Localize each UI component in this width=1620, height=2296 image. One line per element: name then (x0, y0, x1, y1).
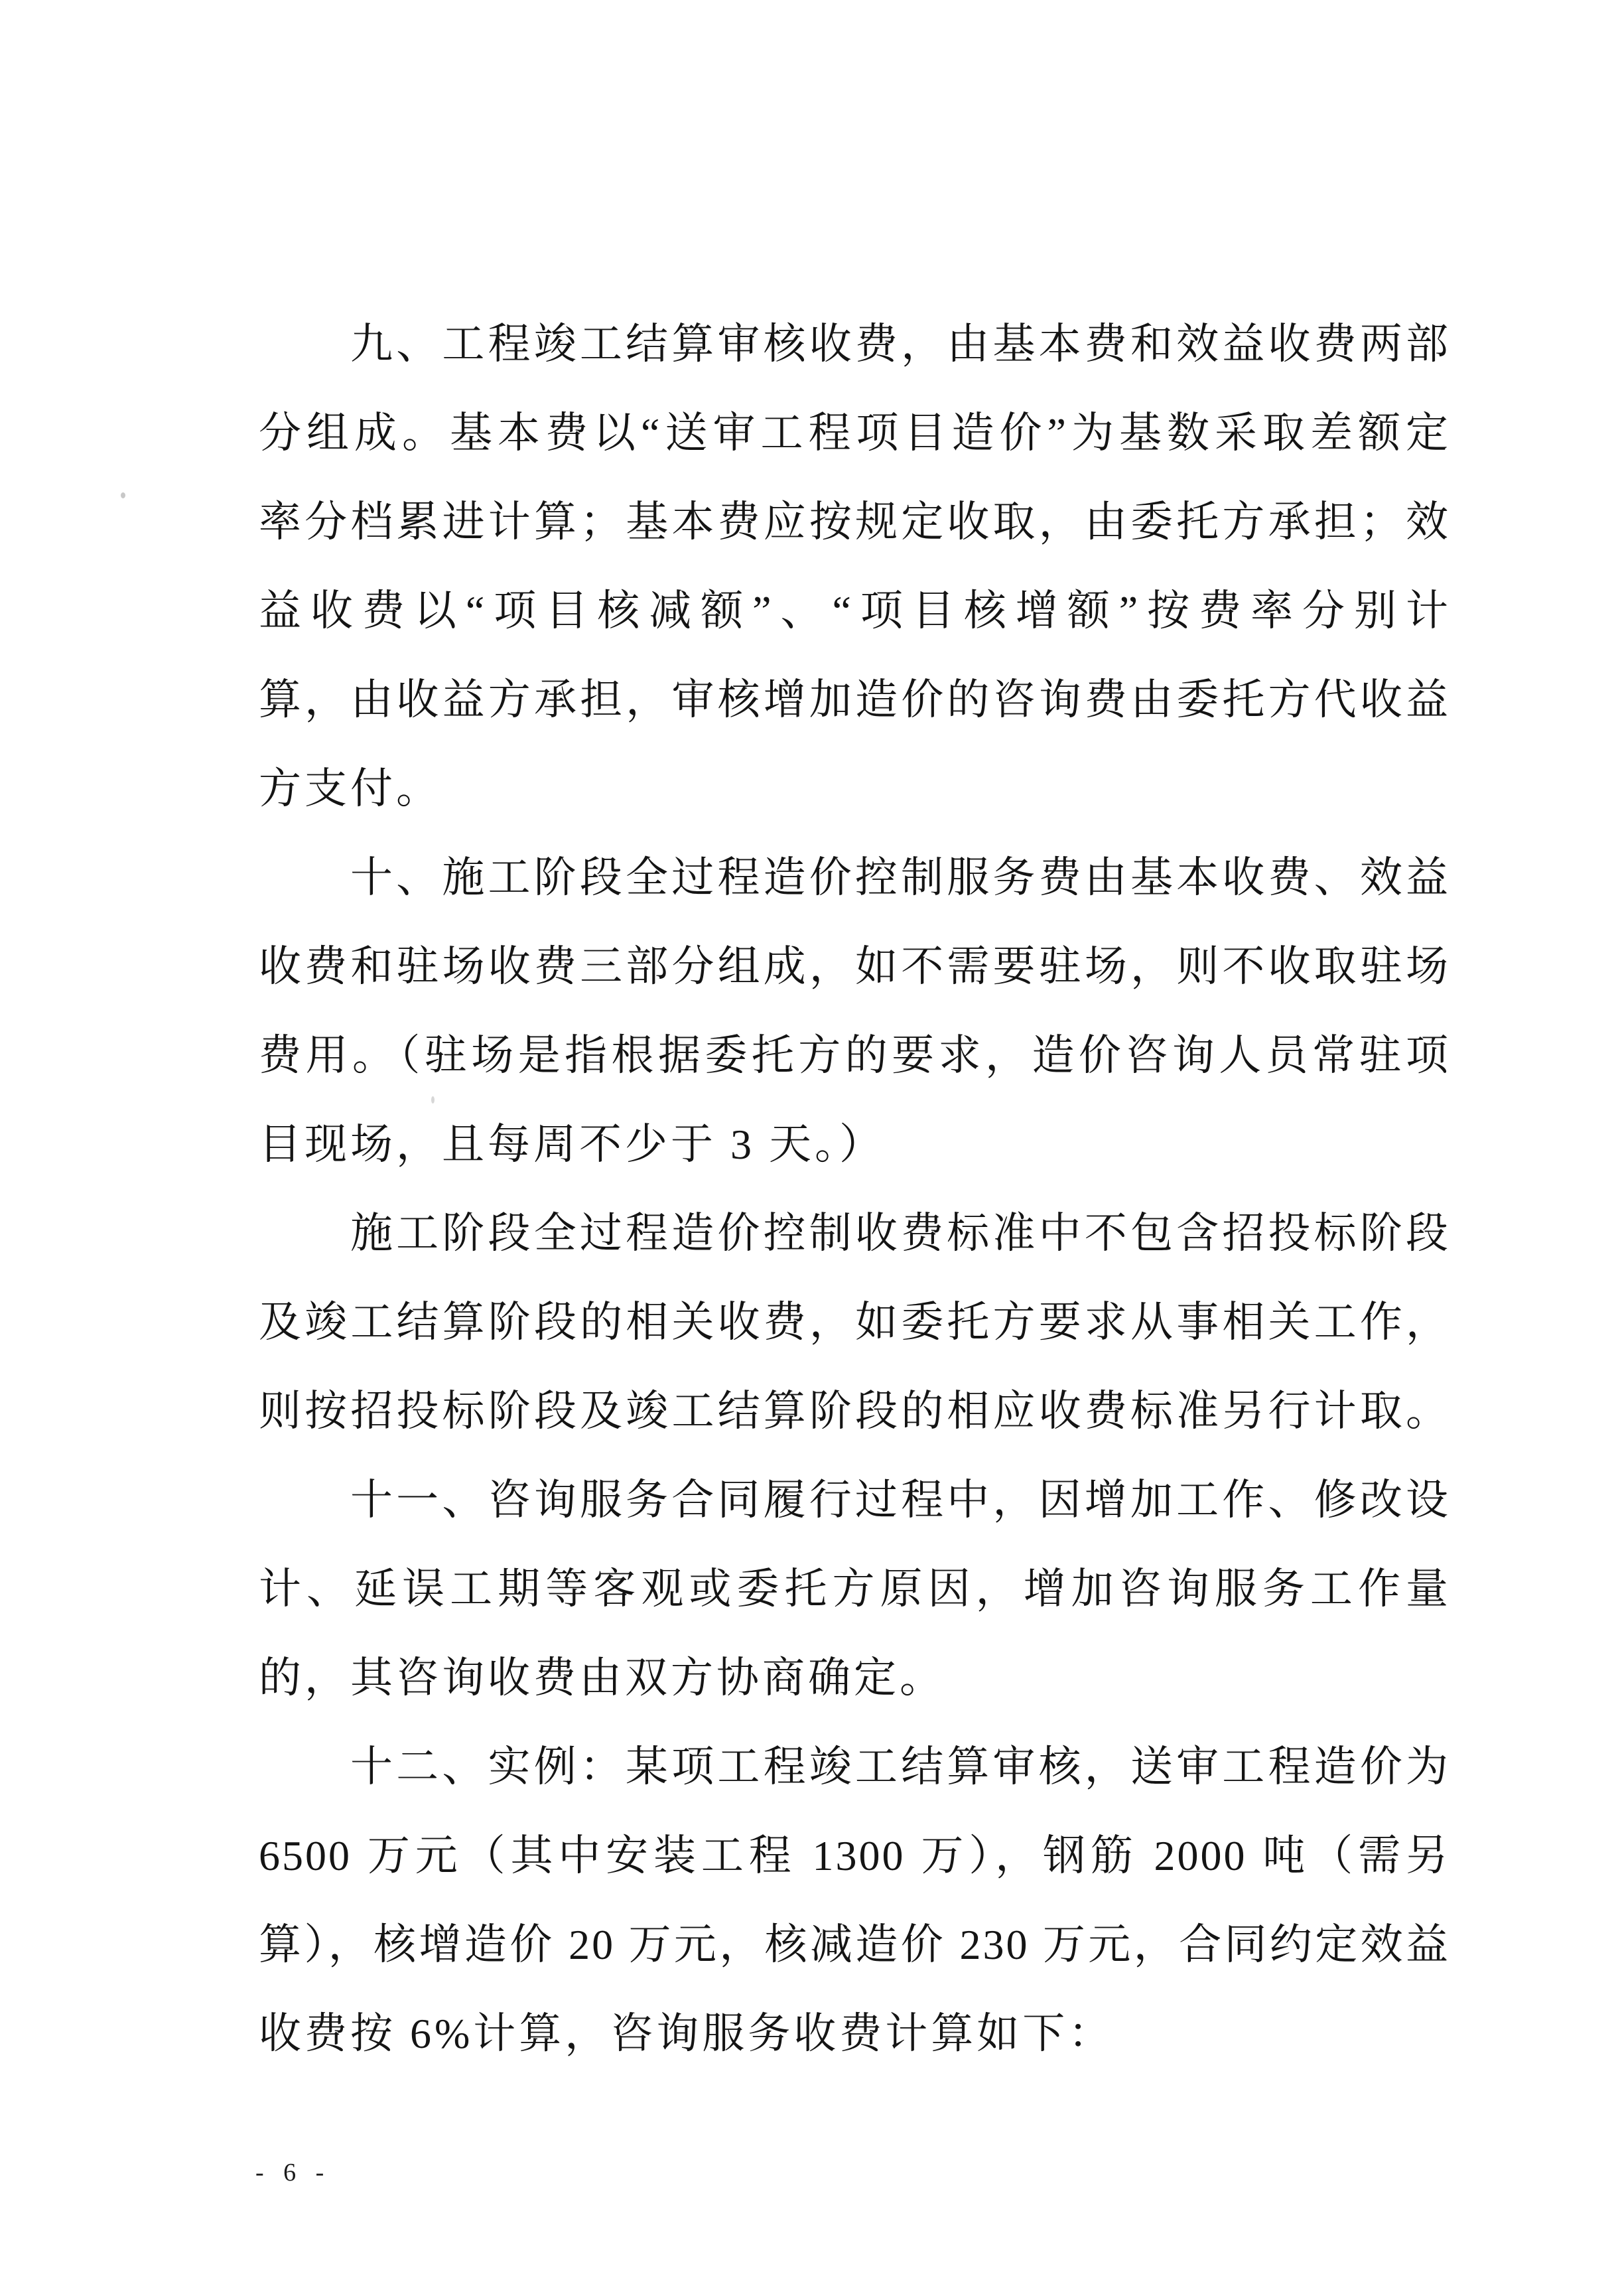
text-line: 目现场，且每周不少于 3 天。） (259, 1100, 1450, 1189)
text-line: 计、延误工期等客观或委托方原因，增加咨询服务工作量 (259, 1545, 1450, 1634)
text-line: 的，其咨询收费由双方协商确定。 (259, 1634, 1450, 1723)
text-line: 算，由收益方承担，审核增加造价的咨询费由委托方代收益 (259, 656, 1450, 745)
text-line: 方支付。 (259, 745, 1450, 833)
text-line: 十一、咨询服务合同履行过程中，因增加工作、修改设 (259, 1456, 1450, 1545)
text-line: 率分档累进计算；基本费应按规定收取，由委托方承担；效 (259, 478, 1450, 567)
text-line: 及竣工结算阶段的相关收费，如委托方要求从事相关工作， (259, 1278, 1450, 1367)
text-line: 则按招投标阶段及竣工结算阶段的相应收费标准另行计取。 (259, 1367, 1450, 1456)
text-line: 十、施工阶段全过程造价控制服务费由基本收费、效益 (259, 833, 1450, 922)
text-line: 分组成。基本费以“送审工程项目造价”为基数采取差额定 (259, 389, 1450, 478)
document-page: 九、工程竣工结算审核收费，由基本费和效益收费两部 分组成。基本费以“送审工程项目… (0, 0, 1620, 2296)
document-body: 九、工程竣工结算审核收费，由基本费和效益收费两部 分组成。基本费以“送审工程项目… (259, 300, 1450, 2078)
text-line: 收费按 6%计算，咨询服务收费计算如下： (259, 1989, 1450, 2078)
text-line: 施工阶段全过程造价控制收费标准中不包含招投标阶段 (259, 1189, 1450, 1278)
scan-speck (121, 492, 125, 498)
scan-speck (431, 1096, 435, 1104)
text-line: 十二、实例：某项工程竣工结算审核，送审工程造价为 (259, 1723, 1450, 1812)
text-line: 益收费以“项目核减额”、“项目核增额”按费率分别计 (259, 567, 1450, 656)
text-line: 6500 万元（其中安装工程 1300 万），钢筋 2000 吨（需另 (259, 1812, 1450, 1901)
text-line: 算），核增造价 20 万元，核减造价 230 万元，合同约定效益 (259, 1901, 1450, 1989)
text-line: 九、工程竣工结算审核收费，由基本费和效益收费两部 (259, 300, 1450, 389)
page-number: - 6 - (255, 2158, 330, 2187)
text-line: 收费和驻场收费三部分组成，如不需要驻场，则不收取驻场 (259, 922, 1450, 1011)
text-line: 费用。（驻场是指根据委托方的要求，造价咨询人员常驻项 (259, 1011, 1450, 1100)
